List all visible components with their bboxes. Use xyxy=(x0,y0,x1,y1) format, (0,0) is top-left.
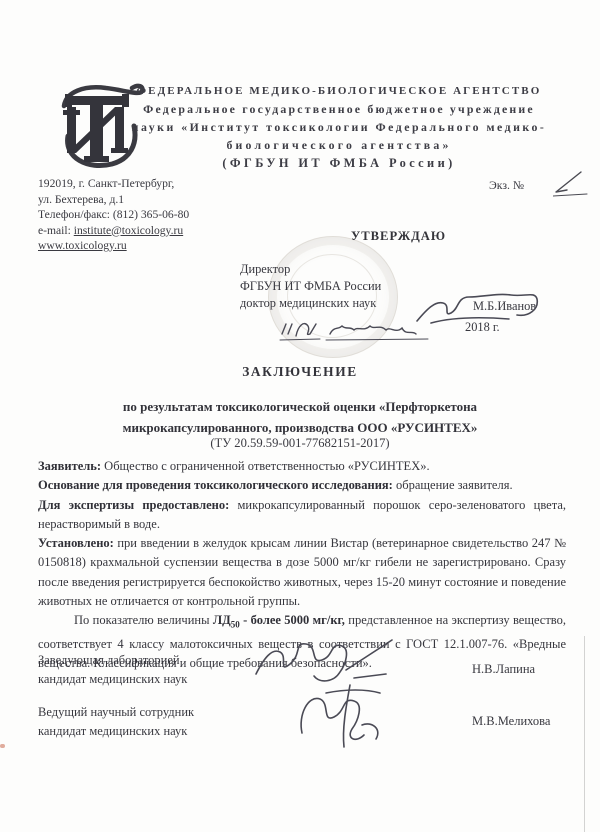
dose-bold-text: - более 5000 мг/кг, xyxy=(240,613,345,627)
phone-line: Телефон/факс: (812) 365-06-80 xyxy=(38,207,189,223)
signatory-2-name: М.В.Мелихова xyxy=(472,714,550,729)
ld-text: ЛД xyxy=(213,613,231,627)
provided-label: Для экспертизы предоставлено: xyxy=(38,498,229,512)
subtitle-line1: по результатам токсикологической оценки … xyxy=(60,396,540,417)
basis-text: обращение заявителя. xyxy=(393,478,513,492)
website: www.toxicology.ru xyxy=(38,238,189,254)
signatory-2-degree: кандидат медицинских наук xyxy=(38,722,194,741)
approval-heading: УТВЕРЖДАЮ xyxy=(351,229,446,244)
approval-position: Директор ФГБУН ИТ ФМБА России доктор мед… xyxy=(240,261,381,312)
findings-label: Установлено: xyxy=(38,536,114,550)
document-title: ЗАКЛЮЧЕНИЕ xyxy=(0,364,600,380)
email-label: e-mail: xyxy=(38,224,74,237)
document-subtitle: по результатам токсикологической оценки … xyxy=(60,396,540,438)
signatory-1-position: Заведующая лабораторией кандидат медицин… xyxy=(38,651,187,688)
paragraph-basis: Основание для проведения токсикологическ… xyxy=(38,476,566,495)
signatory-1-title: Заведующая лабораторией xyxy=(38,651,187,670)
signatory-2-title: Ведущий научный сотрудник xyxy=(38,703,194,722)
applicant-label: Заявитель: xyxy=(38,459,101,473)
scan-edge-line xyxy=(584,636,585,832)
paragraph-applicant: Заявитель: Общество с ограниченной ответ… xyxy=(38,457,566,476)
signatory-1-degree: кандидат медицинских наук xyxy=(38,670,187,689)
email-line: e-mail: institute@toxicology.ru xyxy=(38,223,189,239)
paragraph-findings: Установлено: при введении в желудок крыс… xyxy=(38,534,566,611)
agency-name: ФЕДЕРАЛЬНОЕ МЕДИКО-БИОЛОГИЧЕСКОЕ АГЕНТСТ… xyxy=(108,82,570,100)
signatory-2-position: Ведущий научный сотрудник кандидат медиц… xyxy=(38,703,194,740)
letterhead: ФЕДЕРАЛЬНОЕ МЕДИКО-БИОЛОГИЧЕСКОЕ АГЕНТСТ… xyxy=(108,82,570,173)
findings-text: при введении в желудок крысам линии Вист… xyxy=(38,536,566,608)
approval-line1: Директор xyxy=(240,261,381,278)
scanned-document-page: ФЕДЕРАЛЬНОЕ МЕДИКО-БИОЛОГИЧЕСКОЕ АГЕНТСТ… xyxy=(0,0,600,832)
email-address: institute@toxicology.ru xyxy=(74,224,183,237)
scan-speck xyxy=(0,744,5,748)
address-line1: 192019, г. Санкт-Петербург, xyxy=(38,176,189,192)
approval-date-line: 2018 г. xyxy=(278,316,578,342)
contact-block: 192019, г. Санкт-Петербург, ул. Бехтерев… xyxy=(38,176,189,254)
signatory-2-signature xyxy=(292,681,402,753)
approval-line2: ФГБУН ИТ ФМБА России xyxy=(240,278,381,295)
conclusion-pre: По показателю величины xyxy=(74,613,213,627)
copy-number-label: Экз. № xyxy=(489,178,524,193)
address-line2: ул. Бехтерева, д.1 xyxy=(38,192,189,208)
approval-year: 2018 г. xyxy=(465,320,500,335)
technical-conditions-ref: (ТУ 20.59.59-001-77682151-2017) xyxy=(0,436,600,451)
approval-line3: доктор медицинских наук xyxy=(240,295,381,312)
basis-label: Основание для проведения токсикологическ… xyxy=(38,478,393,492)
paragraph-provided: Для экспертизы предоставлено: микрокапсу… xyxy=(38,496,566,535)
ld-subscript: 50 xyxy=(231,620,240,630)
institution-line3: биологического агентства» xyxy=(108,136,570,154)
institution-abbrev: (ФГБУН ИТ ФМБА России) xyxy=(108,154,570,173)
institution-line2: науки «Институт токсикологии Федеральног… xyxy=(108,118,570,136)
signatory-1-name: Н.В.Лапина xyxy=(472,662,535,677)
subtitle-line2: микрокапсулированного, производства ООО … xyxy=(60,417,540,438)
ld50-label: ЛД50 - более 5000 мг/кг, xyxy=(213,613,345,627)
applicant-text: Общество с ограниченной ответственностью… xyxy=(101,459,430,473)
copy-number-handwritten xyxy=(553,168,595,198)
institution-line1: Федеральное государственное бюджетное уч… xyxy=(108,100,570,118)
